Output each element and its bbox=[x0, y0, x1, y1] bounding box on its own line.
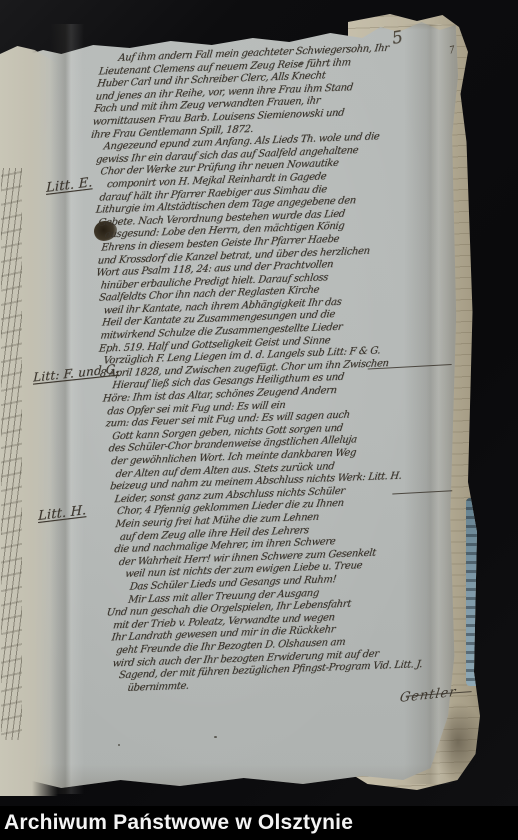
previous-page-script-edge bbox=[1, 168, 22, 740]
archival-photo-scene: 5 ⁊ Litt. E. Litt: F. und G. Litt. H. Ge… bbox=[0, 0, 518, 840]
handwritten-text-block: Gentler Auf ihm andern Fall mein geachte… bbox=[84, 41, 473, 696]
archive-caption-text: Archiwum Państwowe w Olsztynie bbox=[0, 811, 353, 835]
ink-speck bbox=[214, 736, 217, 738]
ink-speck bbox=[118, 744, 120, 746]
binding-gutter-crease bbox=[50, 24, 84, 794]
archive-caption-bar: Archiwum Państwowe w Olsztynie bbox=[0, 806, 518, 840]
